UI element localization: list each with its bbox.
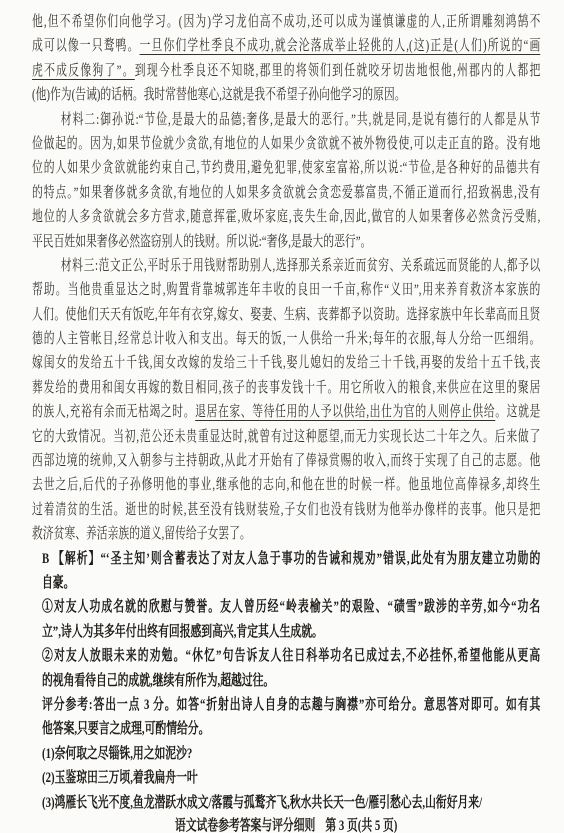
translation-line: 帮助。当他贵重显达之时,购置背靠城郭连年丰收的良田一千亩,称作“义田”,用来养育… [32, 278, 540, 302]
translation-line: 地位的人多贪欲就会多方营求,随意挥霍,败坏家庭,丧失生命,因此,做官的人如果奢侈… [32, 205, 540, 229]
text-segment: 地位的人多贪欲就会多方营求,随意挥霍,败坏家庭,丧失生命,因此,做官的人如果奢侈… [32, 209, 540, 225]
translation-line: 平民百姓如果奢侈必然盗窃别人的钱财。所以说:“奢侈,是最大的恶行”。 [32, 230, 540, 254]
text-segment: 德的人主管帐目,经常总计收入和支出。每天的饭,一人供给一升米;每年的衣服,每人分… [32, 331, 540, 347]
text-segment: 人们。使他们天天有饭吃,年年有衣穿,嫁女、娶妻、生病、丧葬都予以资助。选择家族中… [32, 307, 540, 323]
text-segment: 他答案,只要言之成理,可酌情给分。 [42, 721, 209, 737]
translation-line: 成可以像一只鹜鸭。一旦你们学杜季良不成功,就会沦落成举止轻佻的人,(这)正是(人… [32, 34, 540, 58]
text-segment: 救济贫寒、养活亲族的道义,留传给子女罢了。 [32, 526, 251, 542]
footer-title: 语文试卷参考答案与评分细则 [175, 818, 315, 833]
text-segment: 俭做起的。因为,如果节俭就少贪欲,有地位的人如果少贪欲就不被外物役使,可以走正直… [32, 136, 540, 152]
answer-line: ②对友人放眼未来的劝勉。“休忆”句告诉友人往日科举功名已成过去,不必挂怀,希望他… [42, 644, 540, 668]
answer-line: 17.(1)奈何取之尽锱铢,用之如泥沙? [42, 742, 540, 766]
text-segment: ②对友人放眼未来的劝勉。“休忆”句告诉友人往日科举功名已成过去,不必挂怀,希望他… [42, 648, 540, 664]
translation-line: 葬发给的费用和闺女再嫁的数目相同,孩子的丧事发钱十千。用它所收入的粮食,来供应在… [32, 376, 540, 400]
translation-line: (他)作为(告诫)的话柄。我时常替他寒心,这就是我不希望子孙向他学习的原因。 [32, 83, 540, 107]
text-segment: 的视角看待自己的成就,继续有所作为,超越过往。 [42, 673, 274, 689]
translation-line: 去世之后,后代的子孙修明他的事业,继承他的志向,和他在世的时候一样。他虽地位高俸… [32, 473, 540, 497]
text-segment: 西部边境的统帅,又入朝参与主持朝政,从此才开始有了俸禄赏赐的收入,而终于实现了自… [32, 453, 540, 469]
answer-line: 15.B 【解析】“‘圣主知’则含蓄表达了对友人急于事功的告诫和规劝”错误,此处… [42, 547, 540, 571]
translation-line: 材料二:御孙说:“节俭,是最大的品德;奢侈,是最大的恶行。”共,就是同,是说有德… [32, 108, 540, 132]
answer-line: 他答案,只要言之成理,可酌情给分。 [42, 717, 540, 741]
text-segment: ①对友人功成名就的欣慰与赞誉。友人曾历经“岭表榆关”的艰险、“碛雪”跋涉的辛劳,… [42, 599, 540, 615]
text-segment: 立”,诗人为其多年付出终有回报感到高兴,肯定其人生成就。 [42, 624, 323, 640]
translation-line: 西部边境的统帅,又入朝参与主持朝政,从此才开始有了俸禄赏赐的收入,而终于实现了自… [32, 449, 540, 473]
text-segment: 到现今杜季良还不知晓,郡里的将领们到任就咬牙切齿地恨他,州郡内的人都把 [135, 63, 541, 79]
answer-line: 自豪。 [42, 571, 540, 595]
answer-line: 的视角看待自己的成就,继续有所作为,超越过往。 [42, 669, 540, 693]
translation-line: 位的人如果少贪欲就能约束自己,节约费用,避免犯罪,使家室富裕,所以说:“节俭,是… [32, 156, 540, 180]
text-segment: 材料二:御孙说:“节俭,是最大的品德;奢侈,是最大的恶行。”共,就是同,是说有德… [61, 112, 541, 128]
translation-line: 虎不成反像狗了”。到现今杜季良还不知晓,郡里的将领们到任就咬牙切齿地恨他,州郡内… [32, 59, 540, 83]
text-segment: 自豪。 [42, 575, 74, 591]
text-segment: 它的大致情况。当初,范公还未贵重显达时,就曾有过这种愿望,而无力实现长达二十年之… [32, 429, 540, 445]
text-segment: 材料三:范文正公,平时乐于用钱财帮助别人,选择那关系亲近而贫穷、关系疏远而贤能的… [61, 258, 541, 274]
text-segment: (1)奈何取之尽锱铢,用之如泥沙? [42, 746, 192, 762]
answer-line: 评分参考:答出一点 3 分。如答“折射出诗人自身的志趣与胸襟”亦可给分。意思答对… [42, 693, 540, 717]
text-segment: 的族人,充裕有余而无枯竭之时。 [32, 404, 195, 420]
text-segment: 评分参考:答出一点 3 分。如答“折射出诗人自身的志趣与胸襟”亦可给分。意思答对… [42, 697, 540, 713]
text-segment: B 【解析】“‘圣主知’则含蓄表达了对友人急于事功的告诫和规劝”错误,此处有为朋… [42, 551, 540, 567]
text-segment: 帮助。当他贵重显达之时,购置背靠城郭连年丰收的良田一千亩,称作“义田”,用来养育… [32, 282, 540, 298]
text-segment: 嫁闺女的发给五十千钱,闺女改嫁的发给三十千钱,娶儿媳妇的发给三十千钱,再娶的发给… [32, 355, 540, 371]
translation-line: 德的人主管帐目,经常总计收入和支出。每天的饭,一人供给一升米;每年的衣服,每人分… [32, 327, 540, 351]
text-segment: (他)作为(告诫)的话柄。我时常替他寒心,这就是我不希望子孙向他学习的原因。 [32, 87, 405, 103]
text-segment: 平民百姓如果奢侈必然盗窃别人的钱财。所以说:“奢侈,是最大的恶行”。 [32, 234, 371, 250]
text-segment: (2)玉鉴琼田三万顷,着我扁舟一叶 [42, 770, 198, 786]
answer-line: 立”,诗人为其多年付出终有回报感到高兴,肯定其人生成就。 [42, 620, 540, 644]
text-segment: 过着清贫的生活。逝世的时候,甚至没有钱财装殓,子女们也没有钱财为他举办像样的丧事… [32, 502, 540, 518]
translation-line: 的特点。”如果奢侈就多贪欲,有地位的人如果多贪欲就会贪恋爱慕富贵,不循正道而行,… [32, 181, 540, 205]
footer-page-number: 第 3 页(共 5 页) [325, 818, 397, 833]
translation-line: 嫁闺女的发给五十千钱,闺女改嫁的发给三十千钱,娶儿媳妇的发给三十千钱,再娶的发给… [32, 351, 540, 375]
translation-line: 它的大致情况。当初,范公还未贵重显达时,就曾有过这种愿望,而无力实现长达二十年之… [32, 425, 540, 449]
answer-line: 16.①对友人功成名就的欣慰与赞誉。友人曾历经“岭表榆关”的艰险、“碛雪”跋涉的… [42, 595, 540, 619]
translation-line: 过着清贫的生活。逝世的时候,甚至没有钱财装殓,子女们也没有钱财为他举办像样的丧事… [32, 498, 540, 522]
answer-line: (3)鸿雁长飞光不度,鱼龙潜跃水成文/落霞与孤鹜齐飞,秋水共长天一色/雁引愁心去… [42, 791, 540, 815]
text-segment: 成可以像一只鹜鸭。 [32, 38, 140, 54]
translation-line: 材料三:范文正公,平时乐于用钱财帮助别人,选择那关系亲近而贫穷、关系疏远而贤能的… [32, 254, 540, 278]
translation-line: 人们。使他们天天有饭吃,年年有衣穿,嫁女、娶妻、生病、丧葬都予以资助。选择家族中… [32, 303, 540, 327]
answers-section: 15.B 【解析】“‘圣主知’则含蓄表达了对友人急于事功的告诫和规劝”错误,此处… [0, 547, 564, 815]
underlined-text: 一旦你们学杜季良不成功,就会沦落成举止轻佻的人,(这)正是(人们)所说的“画 [140, 38, 541, 54]
text-segment: 位的人如果少贪欲就能约束自己,节约费用,避免犯罪,使家室富裕,所以说:“节俭,是… [32, 160, 540, 176]
translation-line: 他,但不希望你们向他学习。(因为)学习龙伯高不成功,还可以成为谨慎谦虚的人,正所… [32, 10, 540, 34]
text-segment: (3)鸿雁长飞光不度,鱼龙潜跃水成文/落霞与孤鹜齐飞,秋水共长天一色/雁引愁心去… [42, 795, 482, 811]
translation-line: 救济贫寒、养活亲族的道义,留传给子女罢了。 [32, 522, 540, 546]
document-page: 他,但不希望你们向他学习。(因为)学习龙伯高不成功,还可以成为谨慎谦虚的人,正所… [0, 0, 564, 833]
answer-line: (2)玉鉴琼田三万顷,着我扁舟一叶 [42, 766, 540, 790]
text-segment: 他,但不希望你们向他学习。(因为)学习龙伯高不成功,还可以成为谨慎谦虚的人,正所… [32, 14, 540, 30]
translation-line: 俭做起的。因为,如果节俭就少贪欲,有地位的人如果少贪欲就不被外物役使,可以走正直… [32, 132, 540, 156]
underlined-text: 退居在家、等待任用的人予以供给,出仕为官的人则停止供给 [195, 404, 495, 420]
underlined-text: 虎不成反像狗了”。 [32, 63, 135, 79]
translation-section: 他,但不希望你们向他学习。(因为)学习龙伯高不成功,还可以成为谨慎谦虚的人,正所… [0, 0, 564, 547]
text-segment: 的特点。”如果奢侈就多贪欲,有地位的人如果多贪欲就会贪恋爱慕富贵,不循正道而行,… [32, 185, 540, 201]
text-segment: 。这就是 [495, 404, 540, 420]
text-segment: 葬发给的费用和闺女再嫁的数目相同,孩子的丧事发钱十千。用它所收入的粮食,来供应在… [32, 380, 540, 396]
translation-line: 的族人,充裕有余而无枯竭之时。退居在家、等待任用的人予以供给,出仕为官的人则停止… [32, 400, 540, 424]
text-segment: 去世之后,后代的子孙修明他的事业,继承他的志向,和他在世的时候一样。他虽地位高俸… [32, 477, 540, 493]
page-footer: 语文试卷参考答案与评分细则第 3 页(共 5 页) [32, 815, 540, 833]
